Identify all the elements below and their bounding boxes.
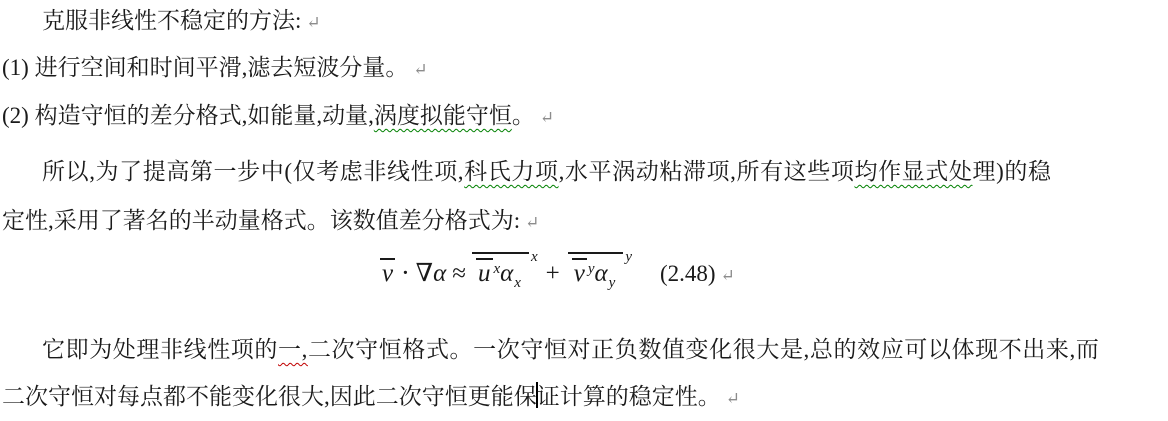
pilcrow-mark: ↵ — [721, 266, 735, 285]
paragraph-line-6[interactable]: 它即为处理非线性项的一,二次守恒格式。一次守恒对正负数值变化很大是,总的效应可以… — [42, 335, 1099, 365]
line4-text: 所以,为了提高第一步中(仅考虑非线性项, — [42, 159, 464, 184]
spellcheck-flagged-text: 均作显式处 — [854, 159, 972, 184]
line6-text-end: 二次守恒格式。一次守恒对正负数值变化很大是,总的效应可以体现不出来,而 — [308, 337, 1100, 362]
paragraph-line-2[interactable]: (1) 进行空间和时间平滑,滤去短波分量。↵ — [2, 53, 428, 85]
spellcheck-flagged-text: 涡度拟能守恒 — [374, 103, 512, 128]
line1-text: 克服非线性不稳定的方法: — [42, 8, 301, 33]
alpha-symbol: α — [433, 260, 446, 287]
dot-operator: ⋅ — [401, 260, 410, 287]
equation-2-48[interactable]: v⋅∇α≈uxαxx+vyαyy(2.48)↵ — [380, 252, 735, 288]
y-averaged-term: vyαyy — [568, 252, 632, 288]
paragraph-line-7[interactable]: 二次守恒对每点都不能变化很大,因此二次守恒更能保证计算的稳定性。↵ — [2, 382, 740, 414]
line5-text: 定性,采用了著名的半动量格式。该数值差分格式为: — [2, 208, 520, 233]
pilcrow-mark: ↵ — [525, 213, 539, 232]
line4-text-mid: ,水平涡动粘滞项,所有这些项 — [559, 159, 855, 184]
document-page: 克服非线性不稳定的方法:↵ (1) 进行空间和时间平滑,滤去短波分量。↵ (2)… — [0, 0, 1168, 421]
spellcheck-flagged-text: 科氏力项 — [464, 159, 558, 184]
paragraph-line-3[interactable]: (2) 构造守恒的差分格式,如能量,动量,涡度拟能守恒。↵ — [2, 101, 554, 133]
u-bar: u — [476, 258, 493, 287]
spellcheck-flagged-text-red: 一, — [278, 337, 308, 362]
paragraph-line-4[interactable]: 所以,为了提高第一步中(仅考虑非线性项,科氏力项,水平涡动粘滞项,所有这些项均作… — [42, 157, 1052, 187]
pilcrow-mark: ↵ — [413, 60, 427, 79]
pilcrow-mark: ↵ — [540, 108, 554, 127]
nabla-symbol: ∇ — [416, 260, 433, 287]
v-bar-2: v — [572, 258, 587, 287]
line6-text: 它即为处理非线性项的 — [42, 337, 278, 362]
line2-text: (1) 进行空间和时间平滑,滤去短波分量。 — [2, 55, 408, 80]
line3-text: (2) 构造守恒的差分格式,如能量,动量, — [2, 103, 374, 128]
line3-text-end: 。 — [512, 103, 535, 128]
line7-text-end: 证计算的稳定性。 — [537, 384, 721, 409]
equation-number: (2.48) — [660, 261, 716, 286]
approx-operator: ≈ — [452, 260, 466, 287]
pilcrow-mark: ↵ — [726, 389, 740, 408]
equation-math: v⋅∇α≈uxαxx+vyαyy — [380, 260, 632, 287]
paragraph-line-1[interactable]: 克服非线性不稳定的方法:↵ — [42, 6, 321, 38]
line4-text-end: 理)的稳 — [972, 159, 1051, 184]
x-averaged-term: uxαxx — [472, 252, 538, 288]
pilcrow-mark: ↵ — [306, 13, 320, 32]
line7-text: 二次守恒对每点都不能变化很大,因此二次守恒更能保 — [2, 384, 537, 409]
v-bar-term: v — [380, 258, 395, 287]
paragraph-line-5[interactable]: 定性,采用了著名的半动量格式。该数值差分格式为:↵ — [2, 206, 539, 238]
plus-operator: + — [546, 260, 560, 287]
